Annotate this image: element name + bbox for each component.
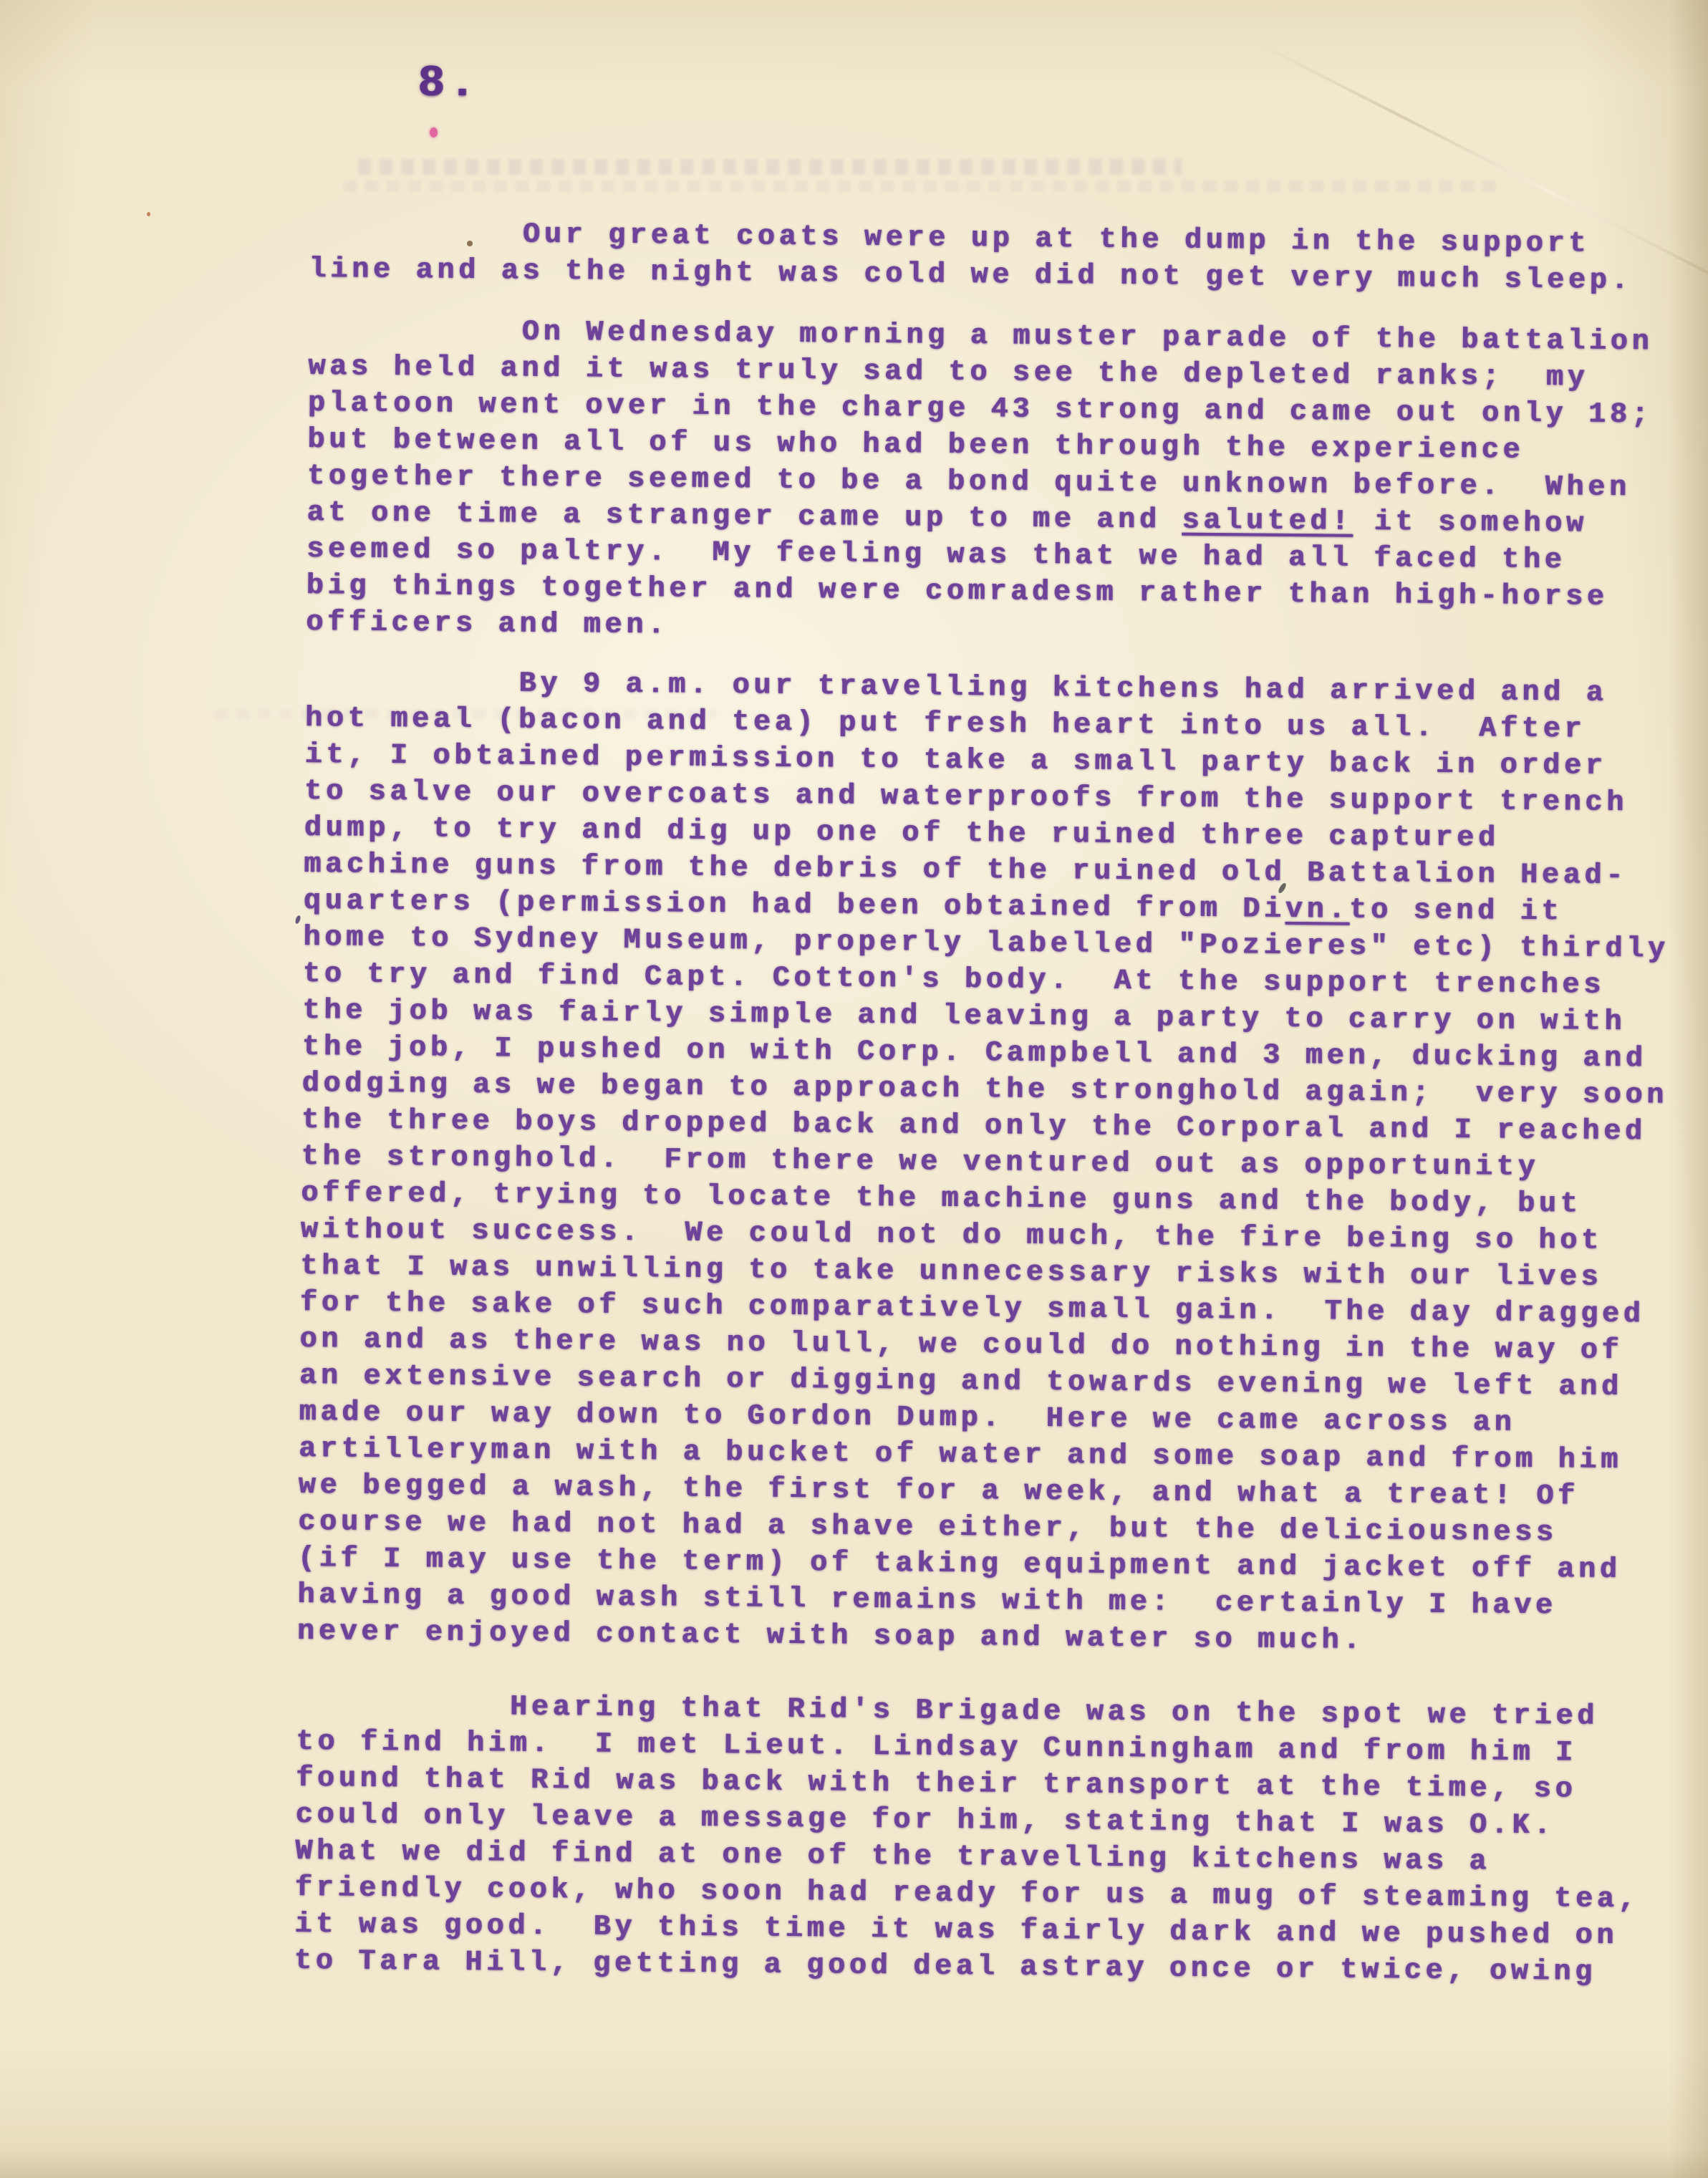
page-number: 8. (418, 60, 480, 108)
document-text: Our great coats were up at the dump in t… (294, 215, 1708, 1992)
paragraph: Our great coats were up at the dump in t… (309, 215, 1708, 300)
text-segment: officers and men. (306, 607, 669, 642)
paper-edge-shadow-bottom (0, 2149, 1708, 2178)
pink-ink-mark (430, 127, 438, 138)
ink-bleedthrough-mark (358, 159, 1182, 175)
text-segment: never enjoyed contact with soap and wate… (297, 1616, 1365, 1657)
document-page: 8. Our great coats were up at the dump i… (0, 0, 1708, 2178)
paragraph: Hearing that Rid's Brigade was on the sp… (294, 1687, 1699, 1992)
text-segment: it somehow (1353, 506, 1588, 541)
text-segment: to send it (1349, 895, 1563, 929)
ink-bleedthrough-mark (344, 180, 1504, 192)
ink-speck (294, 915, 301, 924)
paragraph: By 9 a.m. our travelling kitchens had ar… (297, 664, 1708, 1662)
ink-speck (147, 212, 150, 216)
underlined-text: vn. (1285, 894, 1349, 927)
paragraph: On Wednesday morning a muster parade of … (306, 312, 1708, 653)
text-segment: quarters (permission had been obtained f… (303, 885, 1285, 926)
text-segment: at one time a stranger came up to me and (307, 497, 1182, 537)
underlined-text: saluted! (1182, 505, 1353, 539)
